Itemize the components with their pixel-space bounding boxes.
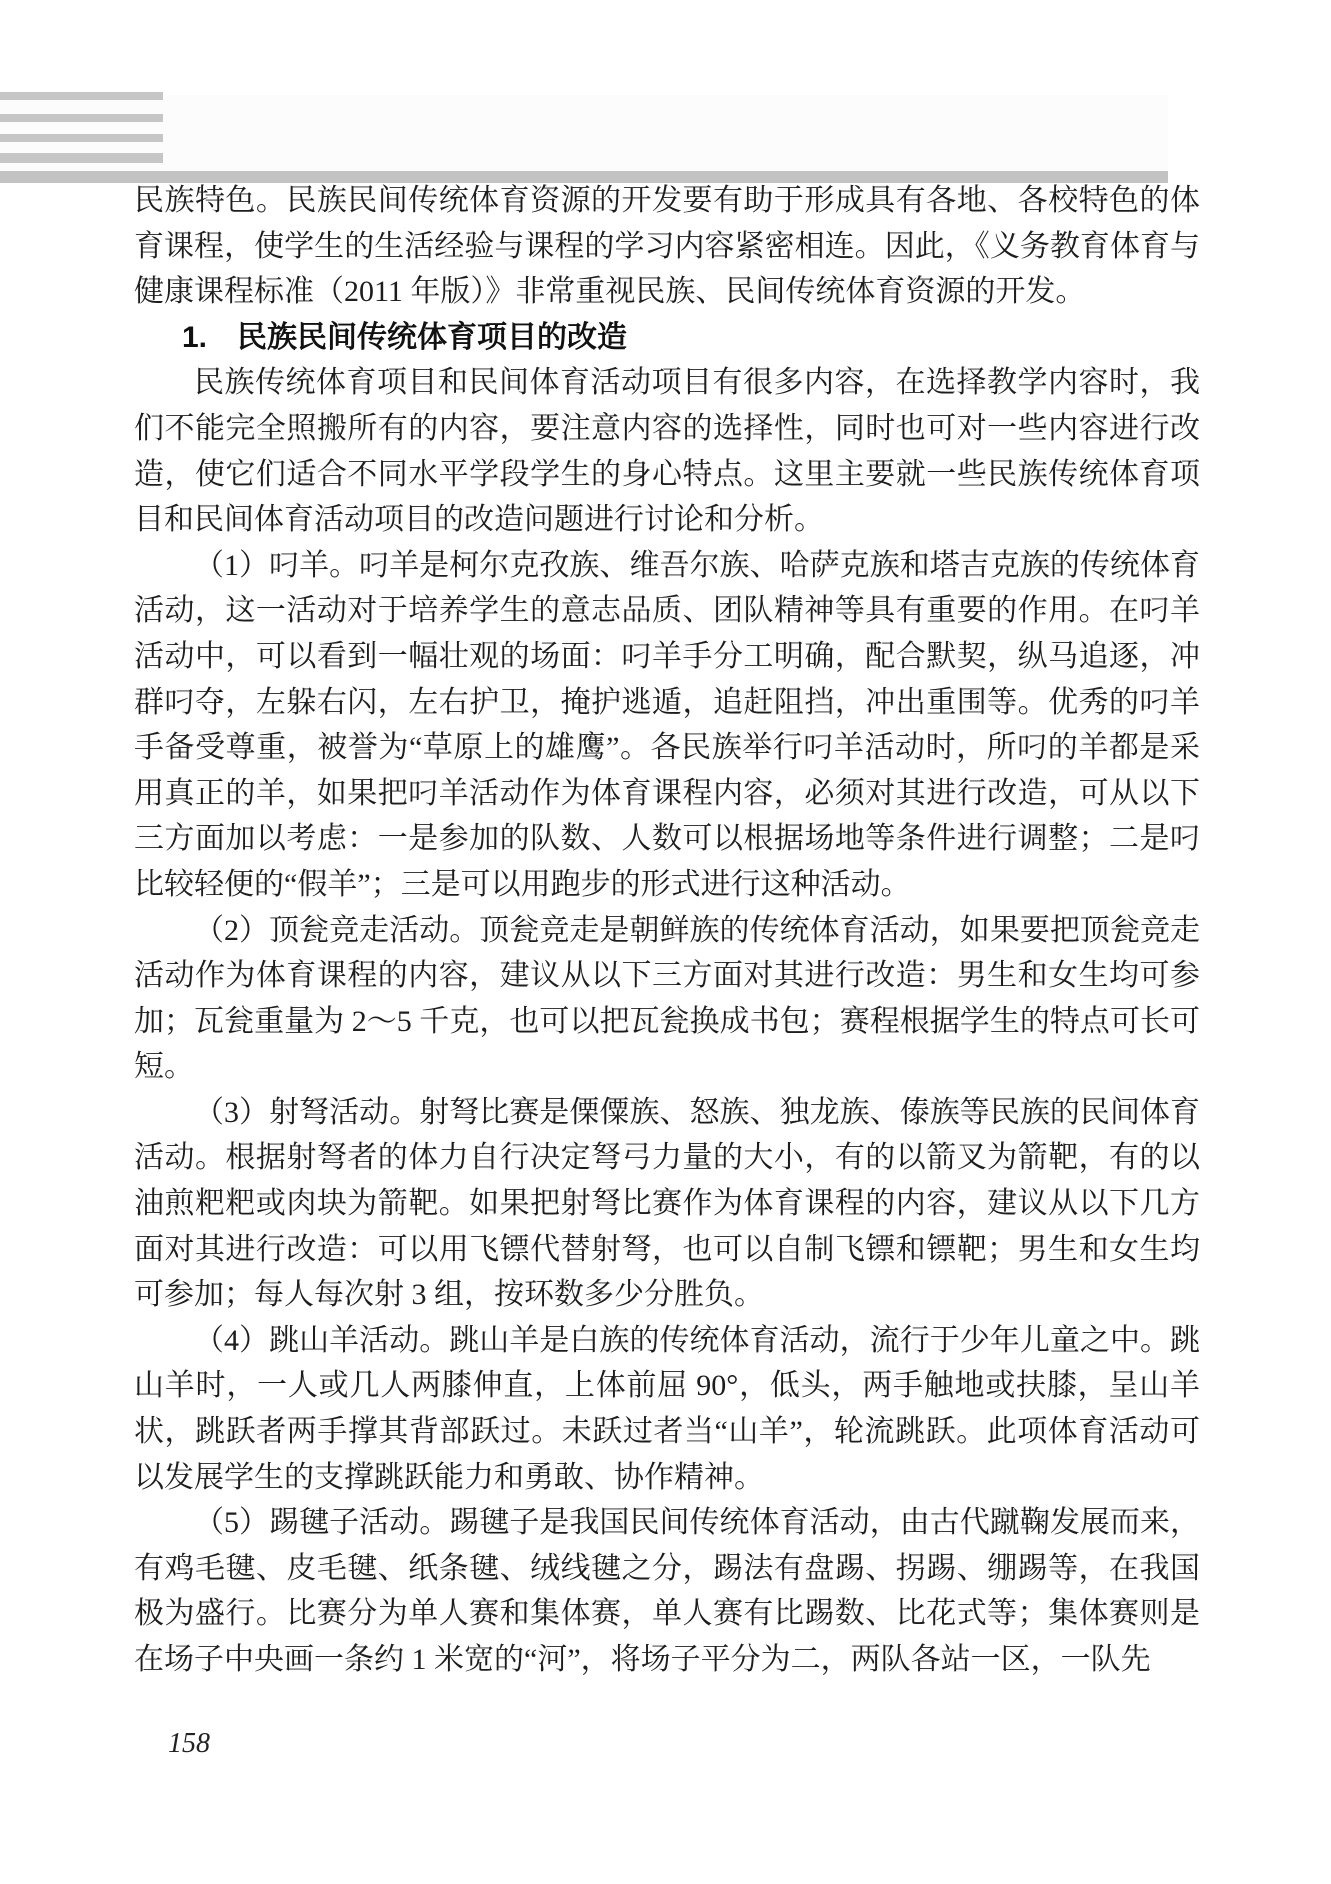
paragraph-item-1-diaoyang: （1）叼羊。叼羊是柯尔克孜族、维吾尔族、哈萨克族和塔吉克族的传统体育活动，这一活… bbox=[134, 543, 1200, 908]
header-bar-4 bbox=[0, 153, 163, 163]
header-bar-2 bbox=[0, 114, 163, 122]
header-bar-3 bbox=[0, 134, 163, 142]
document-body: 民族特色。民族民间传统体育资源的开发要有助于形成具有各地、各校特色的体育课程，使… bbox=[134, 178, 1200, 1683]
paragraph-overview: 民族传统体育项目和民间体育活动项目有很多内容，在选择教学内容时，我们不能完全照搬… bbox=[134, 360, 1200, 542]
section-heading: 1. 民族民间传统体育项目的改造 bbox=[134, 315, 1200, 361]
paragraph-item-5-tijianzi: （5）踢毽子活动。踢毽子是我国民间传统体育活动，由古代蹴鞠发展而来，有鸡毛毽、皮… bbox=[134, 1500, 1200, 1682]
paragraph-item-4-tiaoshanyang: （4）跳山羊活动。跳山羊是白族的传统体育活动，流行于少年儿童之中。跳山羊时，一人… bbox=[134, 1318, 1200, 1500]
paragraph-continuation: 民族特色。民族民间传统体育资源的开发要有助于形成具有各地、各校特色的体育课程，使… bbox=[134, 178, 1200, 315]
page-number: 158 bbox=[168, 1728, 210, 1760]
header-panel bbox=[0, 95, 1168, 171]
paragraph-item-3-shenu: （3）射弩活动。射弩比赛是傈僳族、怒族、独龙族、傣族等民族的民间体育活动。根据射… bbox=[134, 1090, 1200, 1318]
header-bar-1 bbox=[0, 92, 163, 100]
book-page: 民族特色。民族民间传统体育资源的开发要有助于形成具有各地、各校特色的体育课程，使… bbox=[0, 0, 1331, 1884]
paragraph-item-2-dingweng: （2）顶瓮竞走活动。顶瓮竞走是朝鲜族的传统体育活动，如果要把顶瓮竞走活动作为体育… bbox=[134, 908, 1200, 1090]
